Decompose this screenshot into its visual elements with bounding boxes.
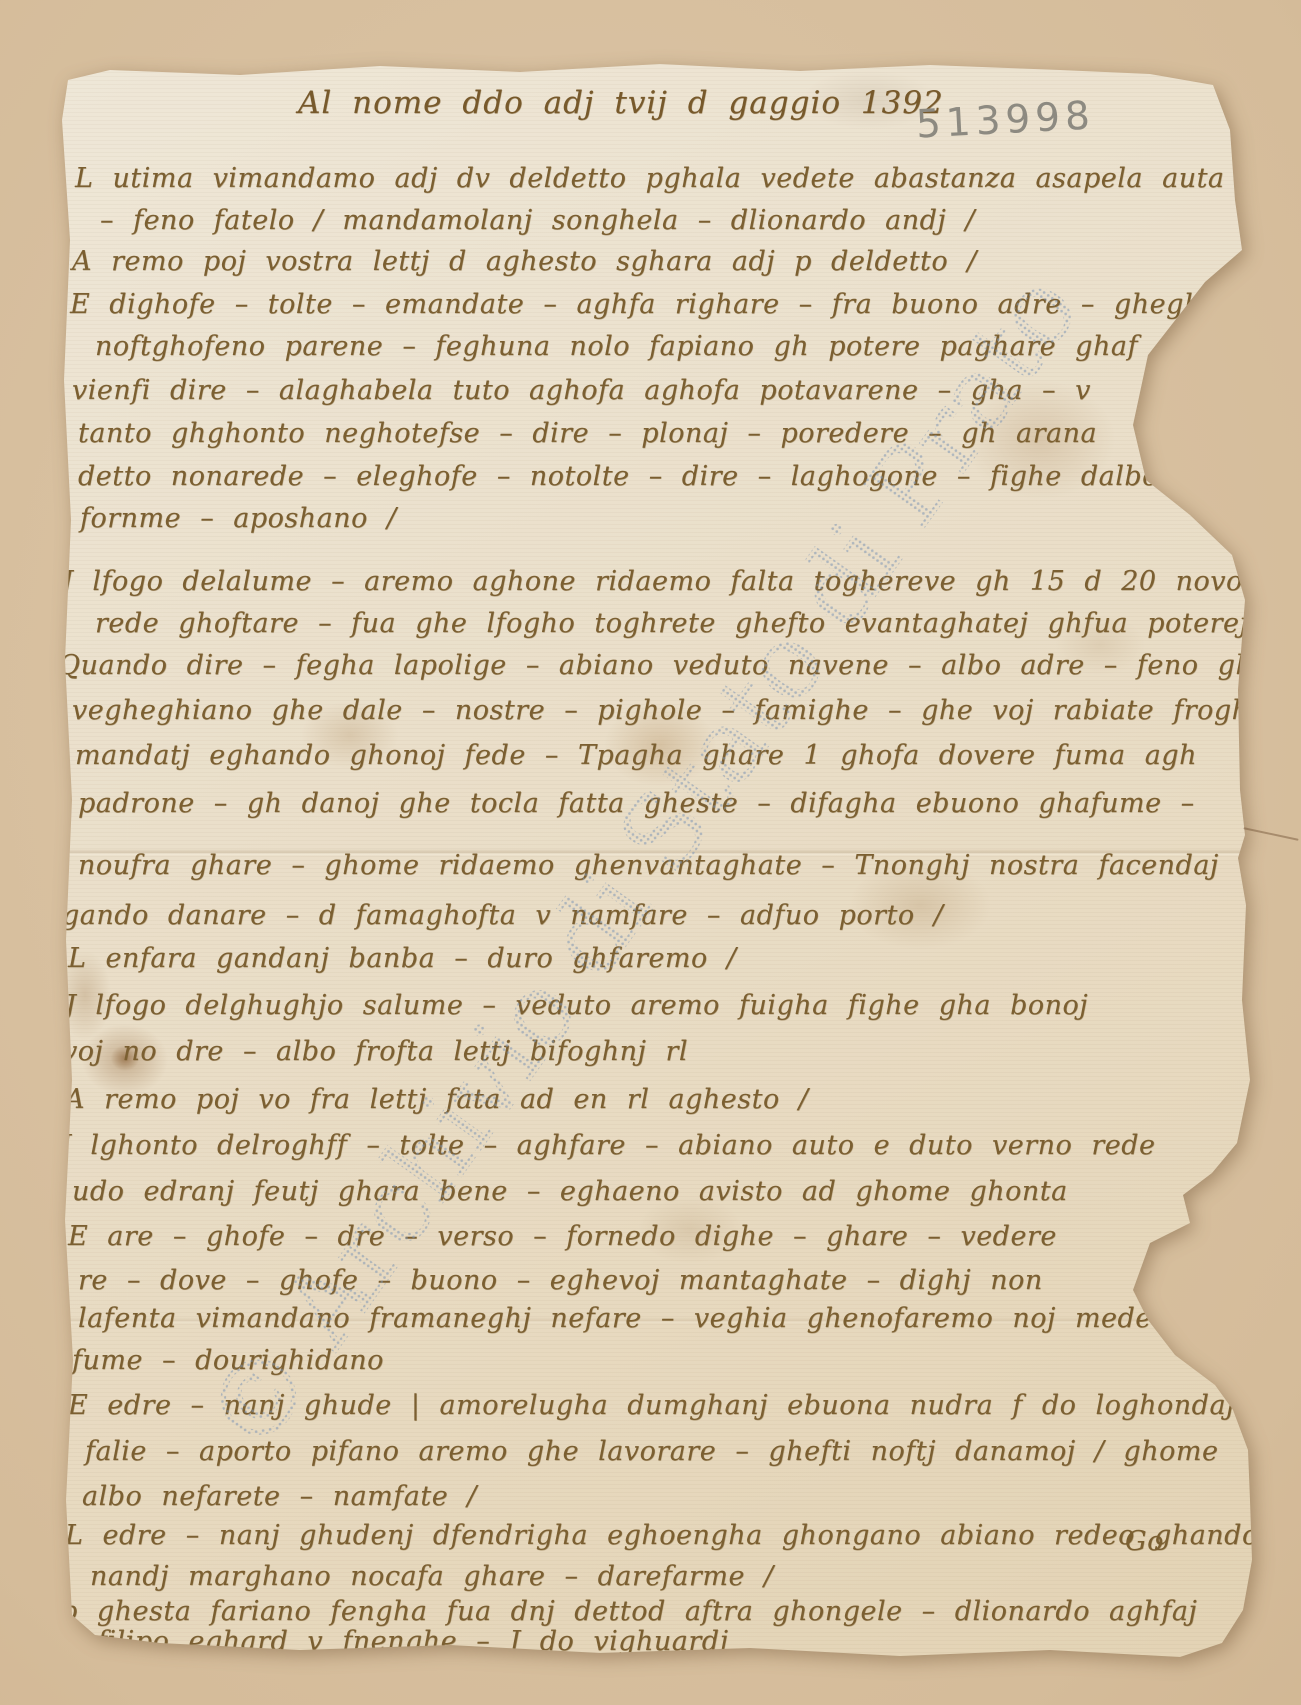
manuscript-line: udo edranj feutj ghara bene – eghaeno av… xyxy=(72,1176,1068,1207)
scan-background: { "page": { "background_color": "#d5bc9a… xyxy=(0,0,1301,1705)
manuscript-line: J lfogo delalume – aremo aghone ridaemo … xyxy=(62,566,1243,597)
manuscript-line: E dighofe – tolte – emandate – aghfa rig… xyxy=(70,289,1301,320)
manuscript-line: albo nefarete – namfate / xyxy=(82,1481,477,1512)
manuscript-line: L edre – nanj ghudenj dfendrigha eghoeng… xyxy=(65,1520,1301,1551)
manuscript-line: gando danare – d famaghofta v namfare – … xyxy=(62,900,943,931)
manuscript-line: E are – ghofe – dre – verso – fornedo di… xyxy=(68,1221,1057,1252)
manuscript-paper: Al nome ddo adj tvij d gaggio 1392 51399… xyxy=(0,0,1301,1705)
manuscript-scan: Al nome ddo adj tvij d gaggio 1392 51399… xyxy=(0,0,1301,1705)
manuscript-line: p ghesta fariano fengha fua dnj dettod a… xyxy=(60,1596,1197,1627)
manuscript-line: Quando dire – fegha lapolige – abiano ve… xyxy=(58,650,1301,681)
manuscript-line: nandj marghano nocafa ghare – darefarme … xyxy=(90,1561,774,1592)
manuscript-line: fornme – aposhano / xyxy=(80,503,397,534)
manuscript-line: voj no dre – albo frofta lettj bifoghnj … xyxy=(62,1036,688,1067)
manuscript-line: re – dove – ghofe – buono – eghevoj mant… xyxy=(78,1265,1043,1296)
manuscript-line: rede ghoftare – fua ghe lfogho toghrete … xyxy=(95,608,1248,639)
manuscript-line: Go xyxy=(1125,1526,1164,1557)
manuscript-line: L utima vimandamo adj dv deldetto pghala… xyxy=(75,163,1270,194)
manuscript-line: J lghonto delroghff – tolte – aghfare – … xyxy=(60,1130,1156,1161)
manuscript-line: A remo poj vostra lettj d aghesto sghara… xyxy=(72,246,977,277)
manuscript-line: – feno fatelo / mandamolanj songhela – d… xyxy=(100,205,975,236)
manuscript-line: d filipo eghard v fnenghe – J do vighuar… xyxy=(60,1626,728,1657)
